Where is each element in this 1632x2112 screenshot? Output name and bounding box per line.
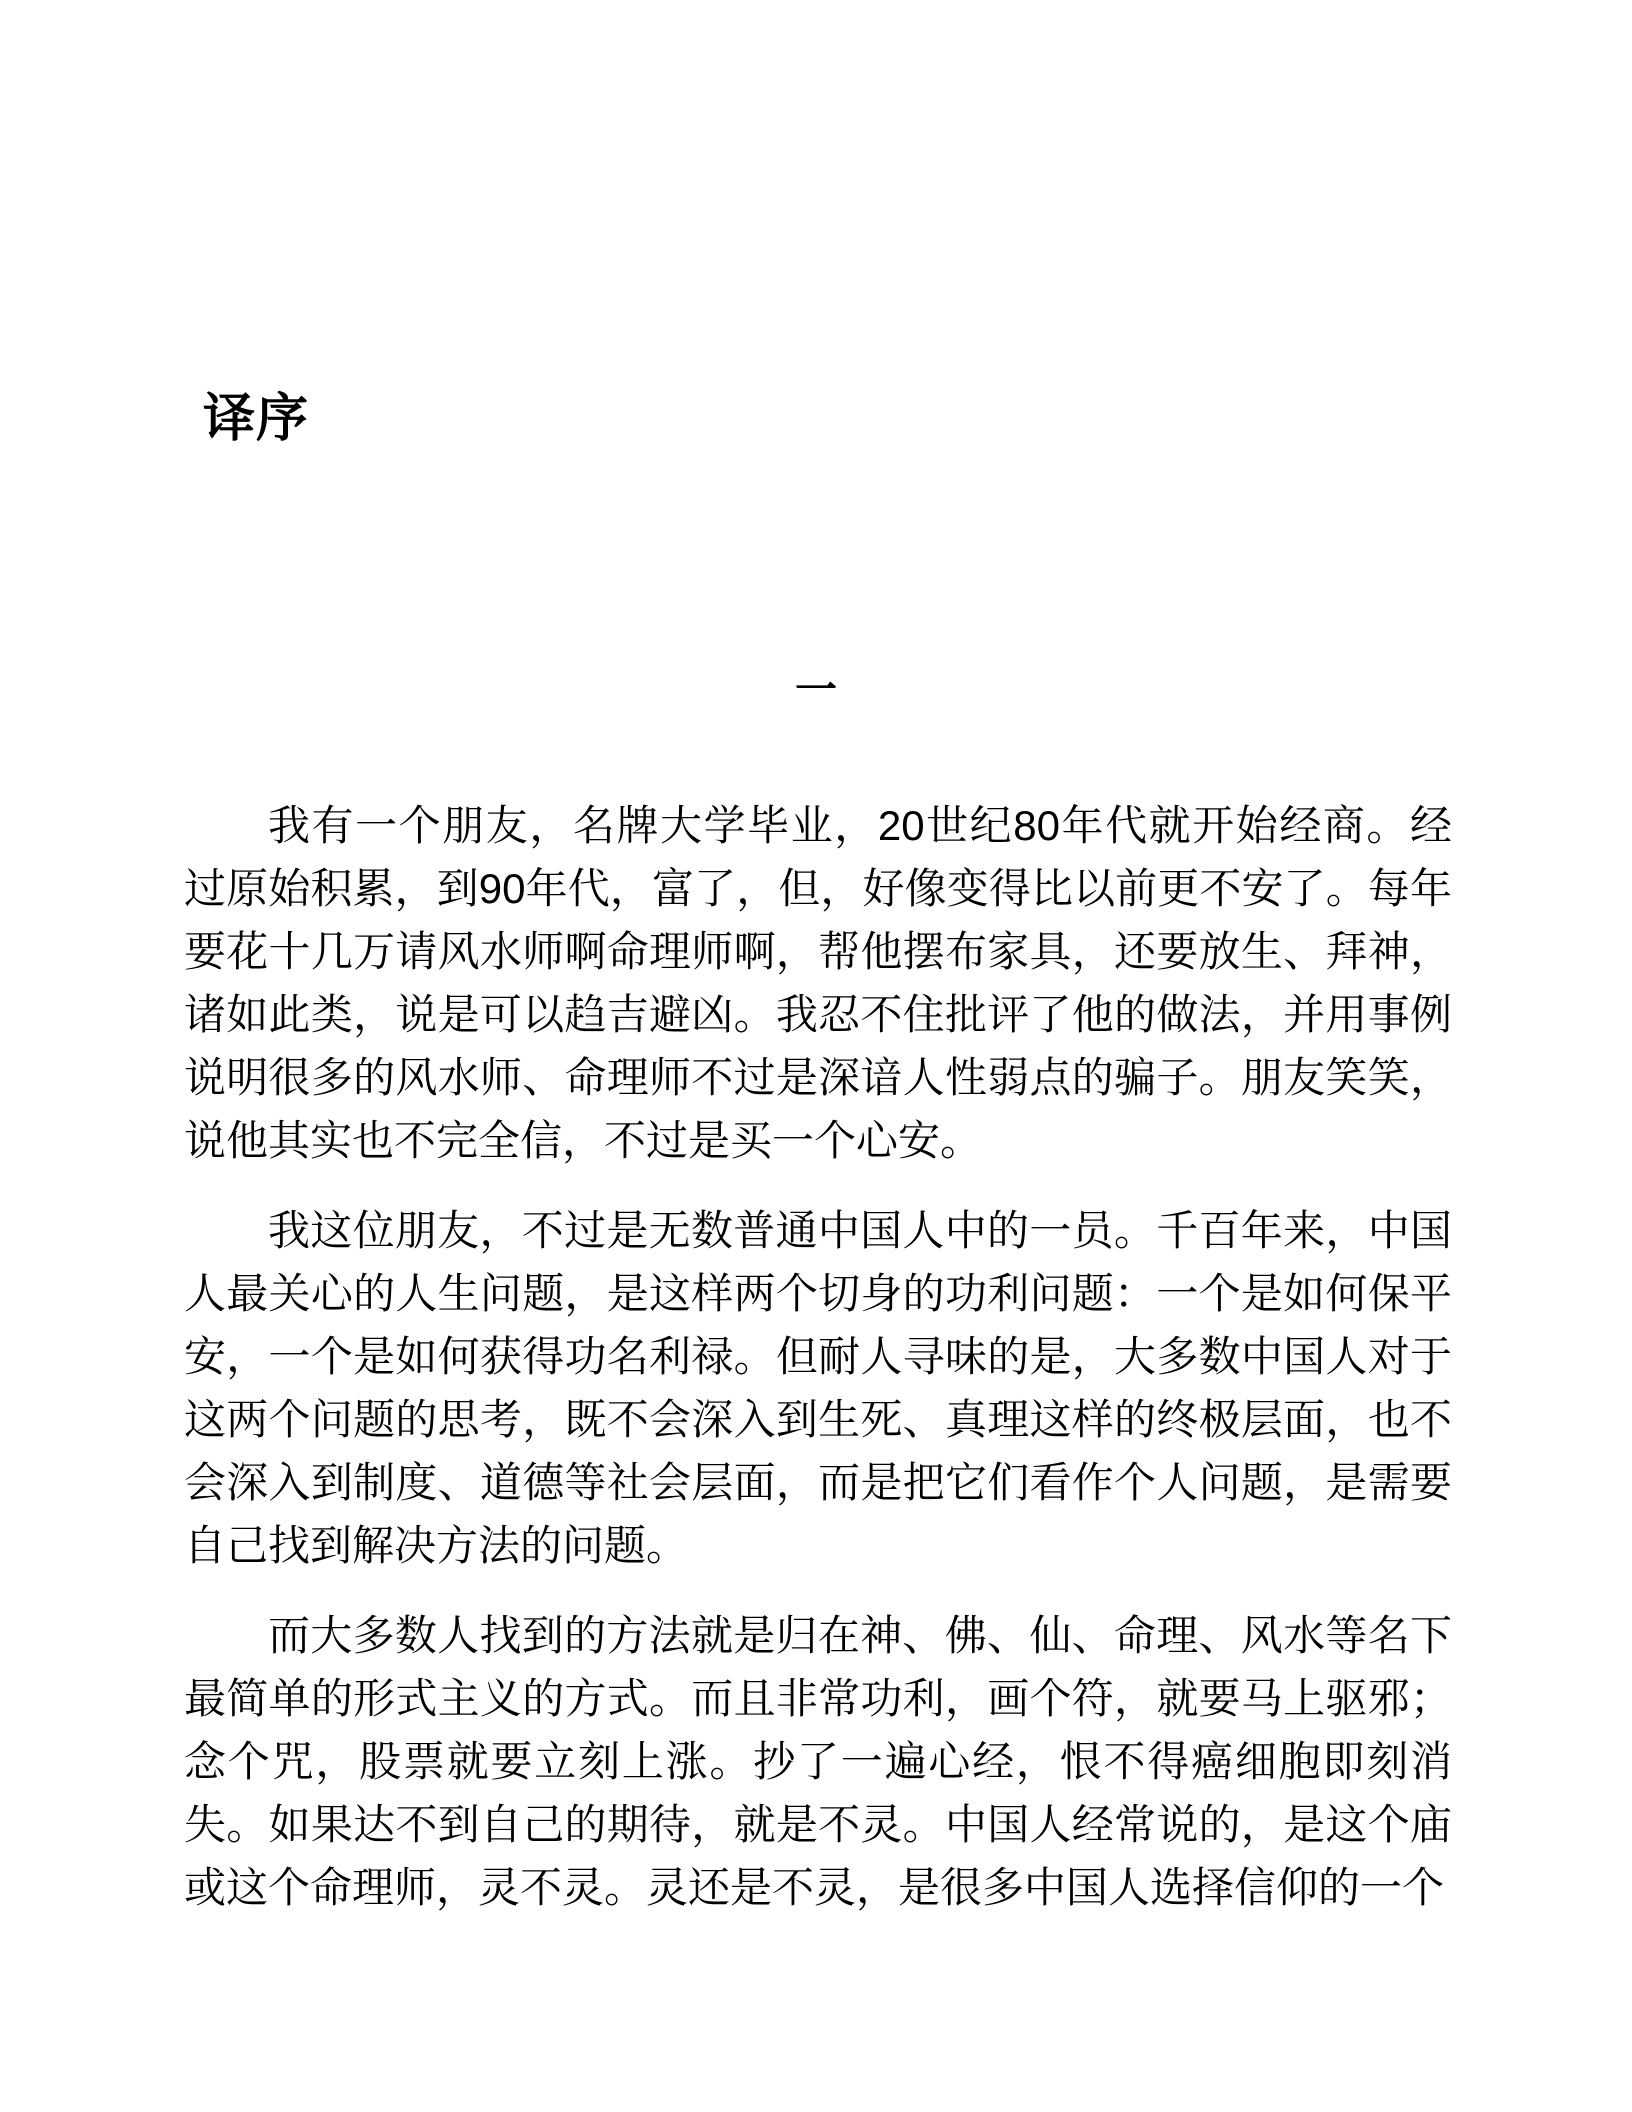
document-page: 译序 一 我有一个朋友，名牌大学毕业，20世纪80年代就开始经商。经过原始积累，… — [0, 0, 1632, 2112]
body-paragraph: 我有一个朋友，名牌大学毕业，20世纪80年代就开始经商。经过原始积累，到90年代… — [184, 794, 1452, 1172]
body-paragraph: 我这位朋友，不过是无数普通中国人中的一员。千百年来，中国人最关心的人生问题，是这… — [184, 1199, 1452, 1577]
body-text: 我有一个朋友，名牌大学毕业，20世纪80年代就开始经商。经过原始积累，到90年代… — [184, 794, 1452, 1946]
body-paragraph: 而大多数人找到的方法就是归在神、佛、仙、命理、风水等名下最简单的形式主义的方式。… — [184, 1604, 1452, 1919]
page-title: 译序 — [203, 390, 309, 450]
section-number-marker: 一 — [0, 664, 1632, 717]
